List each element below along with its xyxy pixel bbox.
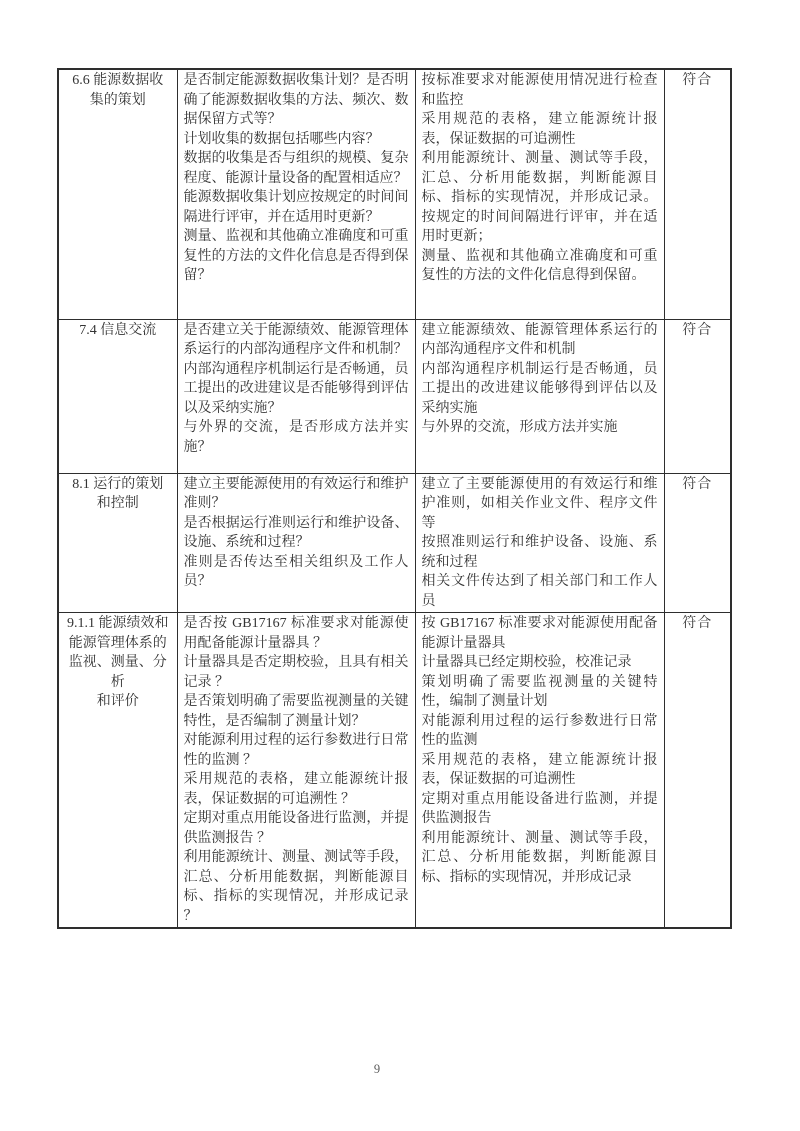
cell-paragraph: 按照准则运行和维护设备、设施、系统和过程 <box>422 533 658 572</box>
status-cell: 符合 <box>664 319 731 473</box>
cell-paragraph: 是否按 GB17167 标准要求对能源使用配备能源计量器具 ？ <box>184 614 409 653</box>
cell-paragraph: 与外界的交流，是否形成方法并实施？ <box>184 418 409 457</box>
section-cell: 7.4 信息交流 <box>58 319 177 473</box>
status-cell: 符合 <box>664 473 731 613</box>
status-cell: 符合 <box>664 613 731 929</box>
questions-cell: 是否建立关于能源绩效、能源管理体系运行的内部沟通程序文件和机制？内部沟通程序机制… <box>177 319 415 473</box>
cell-paragraph: 定期对重点用能设备进行监测，并提供监测报告 <box>422 790 658 829</box>
findings-cell: 按 GB17167 标准要求对能源使用配备能源计量器具计量器具已经定期校验，校准… <box>415 613 664 929</box>
page-footer: 9 <box>57 1062 697 1077</box>
cell-paragraph: 相关文件传达到了相关部门和工作人员 <box>422 572 658 611</box>
cell-paragraph: 计量器具是否定期校验，且具有相关记录 ？ <box>184 653 409 692</box>
cell-paragraph: 利用能源统计、测量、测试等手段，汇总、分析用能数据，判断能源目标、指标的实现情况… <box>422 829 658 888</box>
cell-paragraph: 数据的收集是否与组织的规模、复杂程度、能源计量设备的配置相适应？ <box>184 149 409 188</box>
document-page: 6.6 能源数据收 集的策划 是否制定能源数据收集计划？是否明确了能源数据收集的… <box>0 0 800 1131</box>
cell-paragraph: 是否根据运行准则运行和维护设备、设施、系统和过程？ <box>184 514 409 553</box>
cell-paragraph: 内部沟通程序机制运行是否畅通，员工提出的改进建议是否能够得到评估以及采纳实施？ <box>184 360 409 419</box>
table-row: 6.6 能源数据收 集的策划 是否制定能源数据收集计划？是否明确了能源数据收集的… <box>58 69 731 319</box>
questions-cell: 是否按 GB17167 标准要求对能源使用配备能源计量器具 ？计量器具是否定期校… <box>177 613 415 929</box>
cell-paragraph: 建立能源绩效、能源管理体系运行的内部沟通程序文件和机制 <box>422 321 658 360</box>
page-number: 9 <box>374 1062 380 1076</box>
cell-paragraph: 测量、监视和其他确立准确度和可重复性的方法的文件化信息得到保留。 <box>422 247 658 286</box>
cell-paragraph: 建立主要能源使用的有效运行和维护准则？ <box>184 475 409 514</box>
questions-cell: 是否制定能源数据收集计划？是否明确了能源数据收集的方法、频次、数据保留方式等？计… <box>177 69 415 319</box>
cell-paragraph: 策划明确了需要监视测量的关键特性，编制了测量计划 <box>422 673 658 712</box>
cell-paragraph: 内部沟通程序机制运行是否畅通，员工提出的改进建议能够得到评估以及采纳实施 <box>422 360 658 419</box>
cell-paragraph: 是否制定能源数据收集计划？是否明确了能源数据收集的方法、频次、数据保留方式等？ <box>184 71 409 130</box>
findings-cell: 按标准要求对能源使用情况进行检查和监控采用规范的表格，建立能源统计报表，保证数据… <box>415 69 664 319</box>
table-row: 8.1 运行的策划 和控制 建立主要能源使用的有效运行和维护准则？是否根据运行准… <box>58 473 731 613</box>
section-cell: 8.1 运行的策划 和控制 <box>58 473 177 613</box>
cell-paragraph: 是否建立关于能源绩效、能源管理体系运行的内部沟通程序文件和机制？ <box>184 321 409 360</box>
table-row: 9.1.1 能源绩效和 能源管理体系的 监视、测量、分析 和评价 是否按 GB1… <box>58 613 731 929</box>
table-row: 7.4 信息交流 是否建立关于能源绩效、能源管理体系运行的内部沟通程序文件和机制… <box>58 319 731 473</box>
cell-paragraph: 与外界的交流，形成方法并实施 <box>422 418 658 438</box>
cell-paragraph: 计量器具已经定期校验，校准记录 <box>422 653 658 673</box>
audit-checklist-table: 6.6 能源数据收 集的策划 是否制定能源数据收集计划？是否明确了能源数据收集的… <box>57 68 732 929</box>
cell-paragraph: 按标准要求对能源使用情况进行检查和监控 <box>422 71 658 110</box>
cell-paragraph: 能源数据收集计划应按规定的时间间隔进行评审，并在适用时更新？ <box>184 188 409 227</box>
cell-paragraph: 按 GB17167 标准要求对能源使用配备能源计量器具 <box>422 614 658 653</box>
findings-cell: 建立能源绩效、能源管理体系运行的内部沟通程序文件和机制内部沟通程序机制运行是否畅… <box>415 319 664 473</box>
cell-paragraph: 准则是否传达至相关组织及工作人员？ <box>184 553 409 592</box>
cell-paragraph: 采用规范的表格，建立能源统计报表，保证数据的可追溯性 ？ <box>184 770 409 809</box>
status-cell: 符合 <box>664 69 731 319</box>
questions-cell: 建立主要能源使用的有效运行和维护准则？是否根据运行准则运行和维护设备、设施、系统… <box>177 473 415 613</box>
cell-paragraph: 测量、监视和其他确立准确度和可重复性的方法的文件化信息是否得到保留？ <box>184 227 409 286</box>
cell-paragraph: 利用能源统计、测量、测试等手段，汇总、分析用能数据，判断能源目标、指标的实现情况… <box>422 149 658 247</box>
findings-cell: 建立了主要能源使用的有效运行和维护准则，如相关作业文件、程序文件等按照准则运行和… <box>415 473 664 613</box>
section-cell: 9.1.1 能源绩效和 能源管理体系的 监视、测量、分析 和评价 <box>58 613 177 929</box>
cell-paragraph: 定期对重点用能设备进行监测，并提供监测报告 ？ <box>184 809 409 848</box>
cell-paragraph: 对能源利用过程的运行参数进行日常性的监测 <box>422 712 658 751</box>
cell-paragraph: 对能源利用过程的运行参数进行日常性的监测 ？ <box>184 731 409 770</box>
cell-paragraph: 采用规范的表格，建立能源统计报表，保证数据的可追溯性 <box>422 110 658 149</box>
cell-paragraph: 采用规范的表格，建立能源统计报表，保证数据的可追溯性 <box>422 751 658 790</box>
cell-paragraph: 是否策划明确了需要监视测量的关键特性，是否编制了测量计划？ <box>184 692 409 731</box>
cell-paragraph: 建立了主要能源使用的有效运行和维护准则，如相关作业文件、程序文件等 <box>422 475 658 534</box>
section-cell: 6.6 能源数据收 集的策划 <box>58 69 177 319</box>
cell-paragraph: 计划收集的数据包括哪些内容？ <box>184 130 409 150</box>
cell-paragraph: 利用能源统计、测量、测试等手段，汇总、分析用能数据，判断能源目标、指标的实现情况… <box>184 848 409 926</box>
